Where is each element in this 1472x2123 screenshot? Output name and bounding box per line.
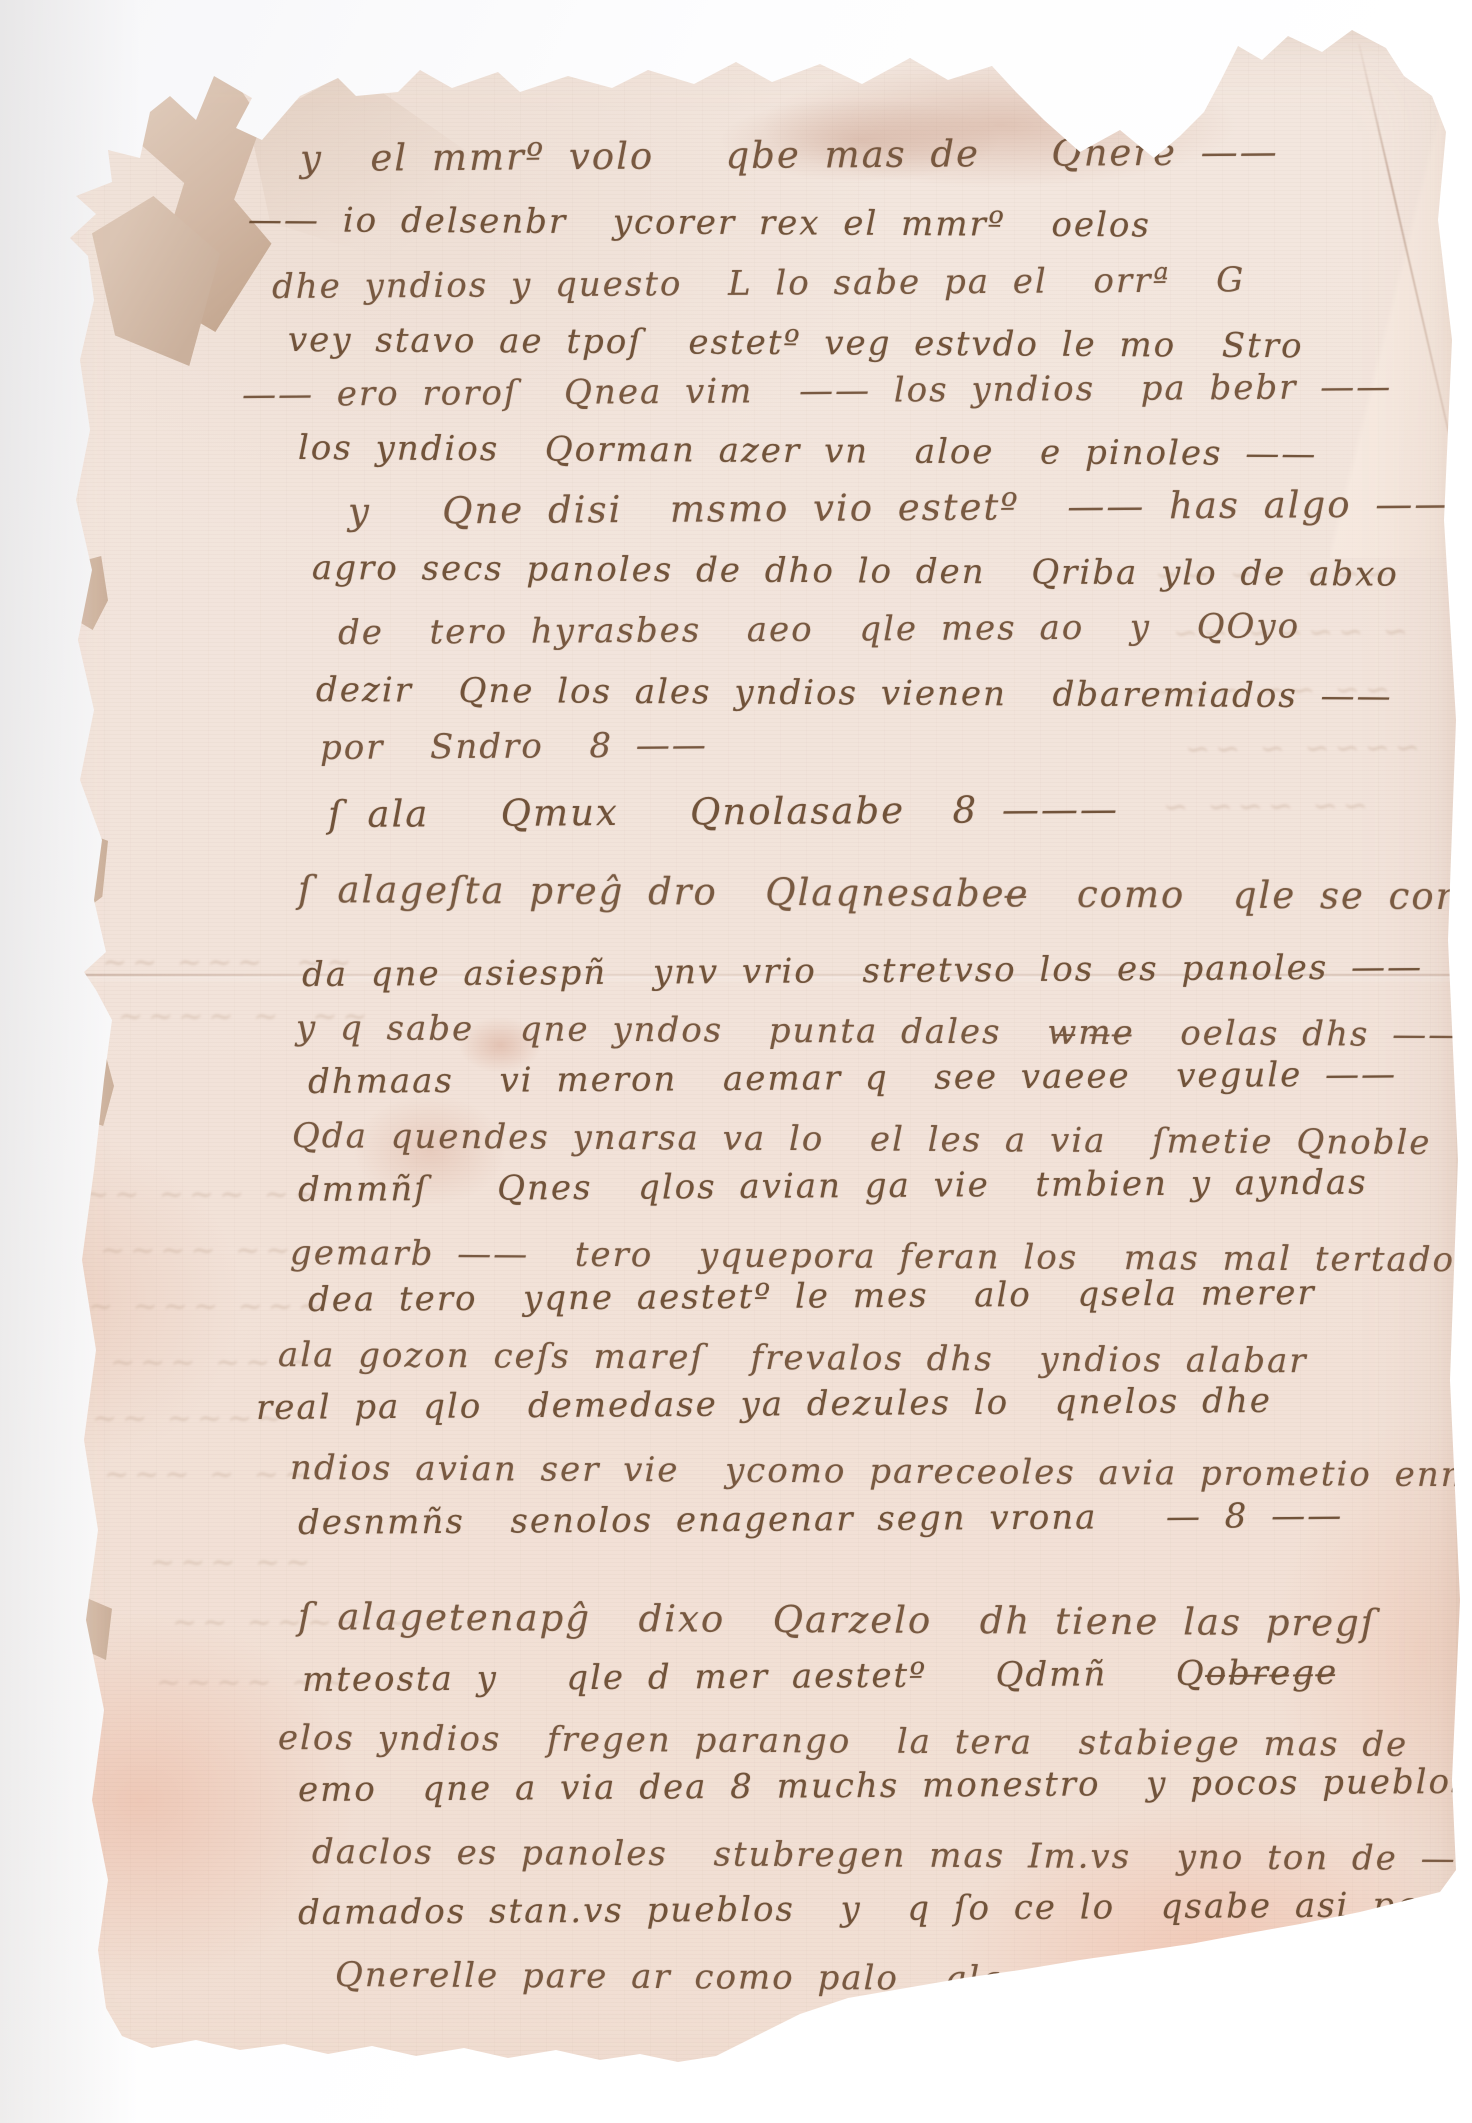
handwritten-line: desnmñs senolos enagenar segn vrona — 8 …	[298, 1499, 1343, 1540]
handwritten-line: ſ alageſta preĝ dro Qlaqnesabee̶ como ql…	[298, 871, 1472, 917]
showthrough-line: ~~ ~~~ ~	[1158, 791, 1368, 822]
handwritten-line: y el mmrº volo qbe mas de Qnere ——	[300, 133, 1279, 177]
handwritten-line: Qda quendes ynarsa va lo el les a via ſm…	[292, 1119, 1432, 1160]
handwritten-line: ndios avian ser vie ycomo pareceoles avi…	[290, 1451, 1465, 1492]
handwritten-line: dmmñſ Qnes qlos avian ga vie tmbien y ay…	[298, 1166, 1368, 1207]
handwritten-line: ala gozon ceſs mareſ frevalos dhs yndios…	[278, 1338, 1308, 1378]
manuscript-page: ~~ ~~~ ~~ ~~~~ ~ ~~ ~~~ ~~ ~~ ~ ~~~~ ~~ …	[0, 0, 1472, 2123]
handwritten-line: agro secs panoles de dho lo den Qriba yl…	[312, 551, 1399, 592]
handwritten-line: dhe yndios y questo L lo sabe pa el orrª…	[272, 263, 1246, 304]
handwritten-line: los yndios Qorman azer vn aloe e pinoles…	[298, 431, 1318, 471]
handwritten-line: mteosta y qle d mer aestetº Qdmñ Qo̶b̶r̶…	[302, 1656, 1338, 1697]
handwritten-line: damados stan.vs pueblos y q ſo ce lo qsa…	[298, 1888, 1472, 1930]
handwritten-line: —— ero roroſ Qnea vim —— los yndios pa b…	[242, 370, 1392, 412]
showthrough-line: ~ ~~~ ~~~	[88, 1292, 328, 1322]
showthrough-line: ~~~~ ~ ~~	[1180, 733, 1420, 765]
showthrough-line: ~~ ~~~ ~~	[84, 1180, 324, 1210]
handwritten-line: y q sabe qne yndos punta dales w̶m̶e̶ oe…	[296, 1011, 1464, 1052]
showthrough-line: ~~~ ~~	[150, 1548, 315, 1578]
handwritten-line: gemarb —— tero yquepora feran los mas ma…	[290, 1236, 1472, 1277]
handwritten-line: da qne asiespñ ynv vrio stretvso los es …	[302, 950, 1423, 992]
handwritten-line: elos yndios fregen parango la tera stabi…	[278, 1721, 1408, 1762]
photograph-background: ~~ ~~~ ~~ ~~~~ ~ ~~ ~~~ ~~ ~~ ~ ~~~~ ~~ …	[0, 0, 1472, 2123]
handwritten-line: y Qne disi msmo vio estetº —— has algo —…	[348, 485, 1454, 530]
handwritten-line: Qnerelle pare ar como palo qla qres de p…	[335, 1958, 1471, 1999]
handwritten-line: dea tero yqne aestetº le mes alo qsela m…	[308, 1276, 1316, 1317]
handwritten-line: dezir Qne los ales yndios vienen dbaremi…	[316, 673, 1393, 714]
corner-fold-highlight	[1330, 18, 1472, 558]
handwritten-line: real pa qlo demedase ya dezules lo qnelo…	[256, 1384, 1272, 1425]
handwritten-line: vey stavo ae tpoſ estetº veg estvdo le m…	[288, 323, 1304, 363]
showthrough-line: ~~~~ ~~	[100, 1236, 295, 1266]
handwritten-line: ſ ala Qmux Qnolasabe 8 ———	[328, 790, 1119, 833]
handwritten-line: dhmaas vi meron aemar q see vaeee vegule…	[308, 1057, 1397, 1099]
handwritten-line: daclos es panoles stubregen mas Im.vs yn…	[312, 1835, 1472, 1876]
handwritten-line: —— io delsenbr ycorer rex el mmrº oelos	[248, 203, 1151, 243]
showthrough-line: ~~~ ~ ~~	[104, 1460, 314, 1490]
handwritten-line: por Sndro 8 ——	[320, 728, 708, 765]
fold-crease-diagonal	[1358, 44, 1466, 502]
handwritten-line: emo qne a via dea 8 muchs monestro y poc…	[298, 1765, 1471, 1807]
handwritten-line: ſ alagetenapĝ dixo Qarzelo dh tiene las …	[298, 1598, 1377, 1642]
handwritten-line: de tero hyrasbes aeo qle mes ao y QOyo	[338, 609, 1300, 650]
